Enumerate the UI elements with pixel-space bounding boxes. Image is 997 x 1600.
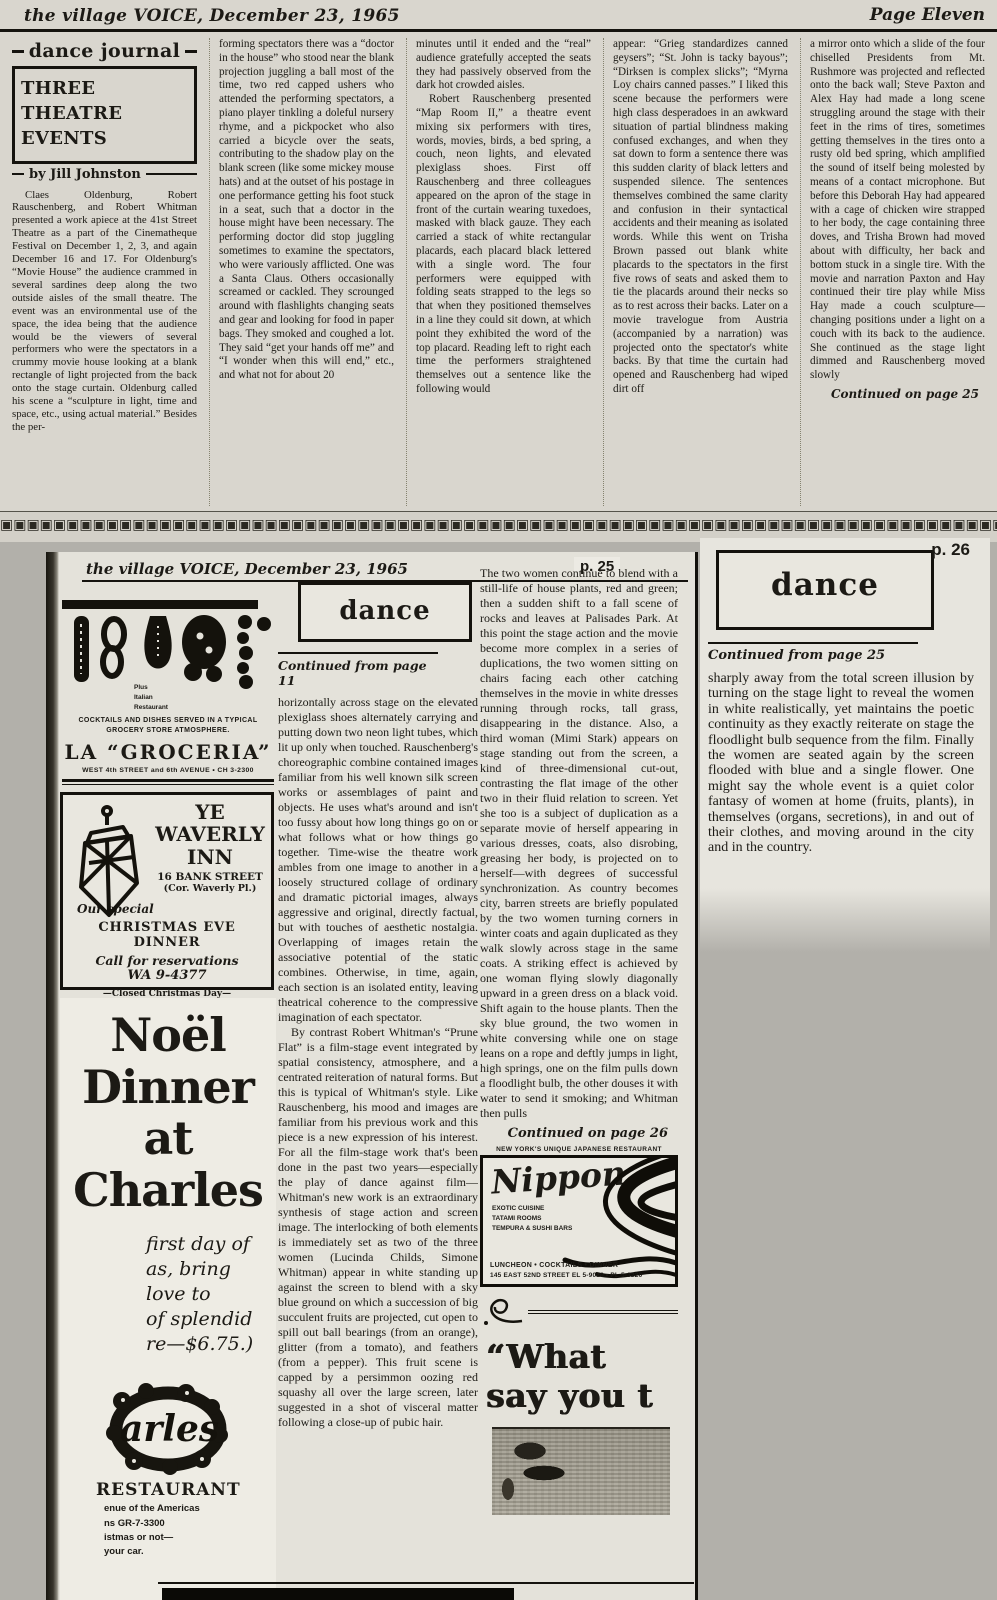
continued-on-note: Continued on page 25: [810, 387, 985, 401]
paragraph: forming spectators there was a “doctor i…: [219, 38, 394, 383]
rule: [62, 784, 274, 785]
masthead: the village VOICE, December 23, 1965: [86, 560, 408, 578]
info-line: istmas or not—: [104, 1531, 276, 1545]
paragraph: Claes Oldenburg, Robert Rauschenberg, an…: [12, 189, 197, 434]
groceria-ad: Plus Italian Restaurant COCKTAILS AND DI…: [62, 592, 274, 785]
grainy-photo-illustration: [492, 1427, 670, 1515]
column-text: sharply away from the total screen illus…: [708, 671, 974, 856]
column-3: minutes until it ended and the “real” au…: [406, 38, 591, 506]
column-5: a mirror onto which a slide of the four …: [800, 38, 985, 506]
dance-article-column-2: The two women continue to blend with a s…: [480, 566, 678, 1600]
groceria-address: WEST 4th STREET and 6th AVENUE • CH 3-23…: [62, 767, 274, 774]
wreath-illustration: arles: [90, 1373, 242, 1481]
column-4: appear: “Grieg standardizes canned geyse…: [603, 38, 788, 506]
waverly-reservations: Call for reservations: [67, 953, 267, 968]
page-number-label: p. 26: [931, 540, 970, 560]
info-line: enue of the Americas: [104, 1502, 276, 1516]
nippon-services: LUNCHEON • COCKTAILS • DINNER: [490, 1262, 618, 1269]
paragraph: The two women continue to blend with a s…: [480, 566, 678, 1121]
dance-section-box: dance: [298, 582, 472, 642]
paragraph: minutes until it ended and the “real” au…: [416, 38, 591, 93]
bottom-rule: [158, 1582, 694, 1584]
byline-row: by Jill Johnston: [12, 167, 197, 182]
hanging-deli-illustration: [62, 592, 274, 704]
masthead-rule: [0, 29, 997, 32]
section-header-row: dance journal: [12, 40, 197, 62]
cuisine-line: TATAMI ROOMS: [492, 1214, 572, 1224]
rule-segment: [146, 173, 197, 175]
paragraph: sharply away from the total screen illus…: [708, 671, 974, 856]
continued-on-note: Continued on page 26: [480, 1126, 668, 1141]
column-1: dance journal THREE THEATRE EVENTS by Ji…: [12, 38, 197, 506]
paragraph: horizontally across stage on the elevate…: [278, 695, 478, 1025]
nippon-ad: Nippon EXOTIC CUISINE TATAMI ROOMS TEMPU…: [480, 1155, 678, 1287]
rule-segment: [12, 173, 24, 175]
charles-info-lines: enue of the Americas ns GR-7-3300 istmas…: [104, 1502, 276, 1559]
fragment-line: love to: [146, 1282, 276, 1307]
waverly-address: 16 BANK STREET: [153, 871, 267, 883]
waverly-name: YE WAVERLY INN: [153, 801, 267, 868]
newspaper-scan: the village VOICE, December 23, 1965 Pag…: [0, 0, 997, 1600]
nippon-cuisine-lines: EXOTIC CUISINE TATAMI ROOMS TEMPURA & SU…: [492, 1204, 572, 1234]
flourish-rule-row: [480, 1295, 678, 1329]
continued-from-note: Continued from page 11: [278, 652, 438, 688]
rule-segment: [12, 50, 24, 53]
section-header: dance journal: [24, 40, 186, 62]
fragment-line: first day of: [146, 1232, 276, 1257]
cuisine-line: TEMPURA & SUSHI BARS: [492, 1224, 572, 1234]
bottom-black-bar: [162, 1588, 514, 1600]
lantern-icon: [67, 803, 147, 927]
info-line: ns GR-7-3300: [104, 1517, 276, 1531]
sheet-edge-line: [695, 552, 698, 1600]
article-columns: dance journal THREE THEATRE EVENTS by Ji…: [12, 38, 985, 506]
paragraph: a mirror onto which a slide of the four …: [810, 38, 985, 383]
charles-headline: Noël Dinner at Charles: [60, 1010, 276, 1216]
continued-from-note: Continued from page 25: [708, 642, 918, 663]
blackletter-headline: “What say you t: [486, 1337, 678, 1415]
headline-box: THREE THEATRE EVENTS: [12, 66, 197, 164]
paragraph: Robert Rauschenberg presented “Map Room …: [416, 93, 591, 397]
charles-copy-fragments: first day of as, bring love to of splend…: [60, 1232, 276, 1357]
paragraph: By contrast Robert Whitman's “Prune Flat…: [278, 1025, 478, 1430]
nippon-ad-header: NEW YORK'S UNIQUE JAPANESE RESTAURANT: [480, 1146, 678, 1153]
masthead: the village VOICE, December 23, 1965: [24, 6, 400, 26]
groceria-name: LA “GROCERIA”: [62, 740, 274, 764]
rule: [62, 779, 274, 782]
waverly-phone: WA 9-4377: [67, 968, 267, 983]
page-11-sheet: the village VOICE, December 23, 1965 Pag…: [0, 0, 997, 511]
page-25-sheet: the village VOICE, December 23, 1965 p. …: [46, 552, 698, 1600]
paragraph: appear: “Grieg standardizes canned geyse…: [613, 38, 788, 397]
column-text: Claes Oldenburg, Robert Rauschenberg, an…: [12, 189, 197, 434]
charles-script: arles: [120, 1408, 219, 1450]
dance-section-box: dance: [716, 550, 934, 630]
cuisine-line: EXOTIC CUISINE: [492, 1204, 572, 1214]
nippon-address: 145 EAST 52ND STREET EL 5-9020 • PL 5-32…: [490, 1272, 642, 1279]
byline: by Jill Johnston: [24, 167, 146, 182]
column-text: The two women continue to blend with a s…: [480, 566, 678, 1121]
rule-segment: [185, 50, 197, 53]
column-2: forming spectators there was a “doctor i…: [209, 38, 394, 506]
page-number-label: Page Eleven: [870, 5, 985, 25]
charles-ad: Noël Dinner at Charles first day of as, …: [60, 998, 276, 1600]
waverly-address2: (Cor. Waverly Pl.): [153, 883, 267, 894]
flourish-icon: [480, 1295, 524, 1329]
info-line: your car.: [104, 1545, 276, 1559]
page-26-fragment: p. 26 dance Continued from page 25 sharp…: [700, 538, 990, 958]
fragment-line: of splendid: [146, 1307, 276, 1332]
charles-restaurant-label: RESTAURANT: [96, 1480, 276, 1500]
double-rule: [528, 1310, 678, 1314]
waverly-inn-ad: YE WAVERLY INN 16 BANK STREET (Cor. Wave…: [60, 792, 274, 990]
ad-tagline: COCKTAILS AND DISHES SERVED IN A TYPICAL…: [62, 716, 274, 736]
dance-article-column: dance Continued from page 11 horizontall…: [278, 582, 478, 1586]
scan-gutter-shadow: [46, 552, 59, 1600]
fragment-line: as, bring: [146, 1257, 276, 1282]
column-text: horizontally across stage on the elevate…: [278, 695, 478, 1430]
fragment-line: re—$6.75.): [146, 1332, 276, 1357]
